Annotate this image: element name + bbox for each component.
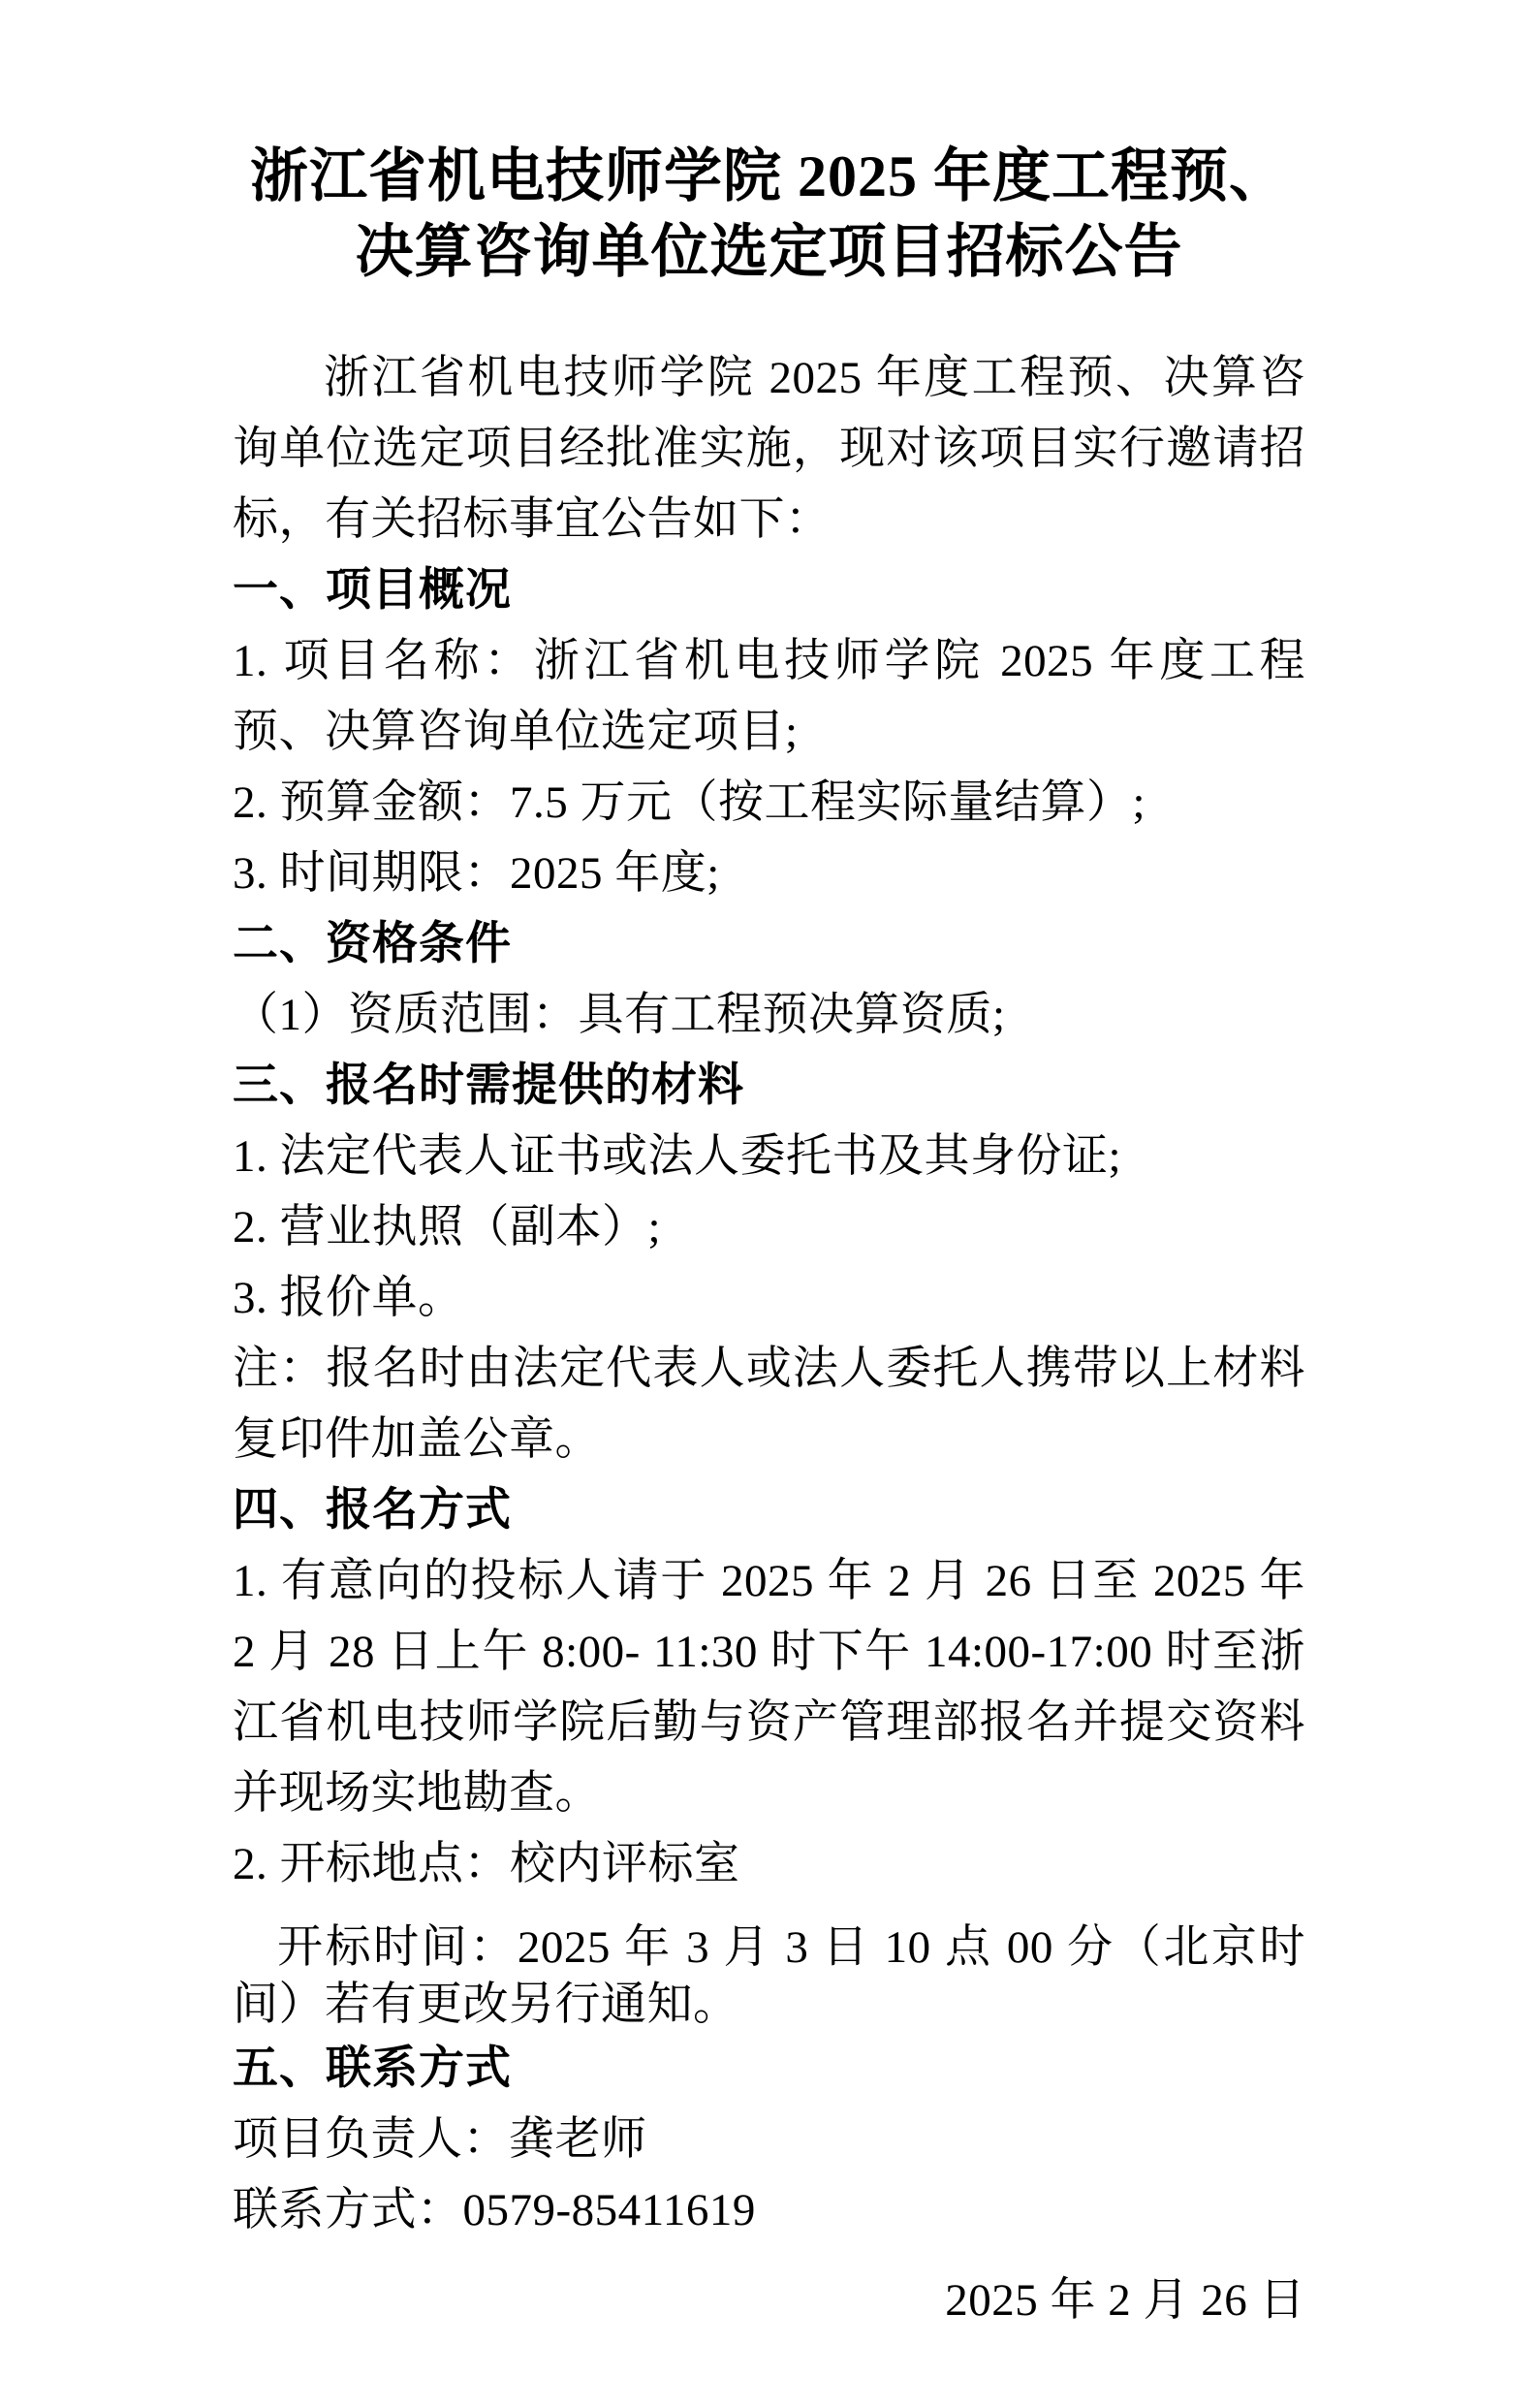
paragraph-contact-phone: 联系方式：0579-85411619 bbox=[233, 2175, 1305, 2246]
paragraph: 3. 报价单。 bbox=[233, 1263, 1305, 1334]
paragraph: 2. 营业执照（副本）; bbox=[233, 1192, 1305, 1263]
section-heading: 一、项目概况 bbox=[233, 555, 1305, 626]
paragraph-contact-person: 项目负责人：龚老师 bbox=[233, 2105, 1305, 2175]
section-project-overview: 一、项目概况 1. 项目名称：浙江省机电技师学院 2025 年度工程预、决算咨询… bbox=[233, 555, 1305, 909]
paragraph: 2. 预算金额：7.5 万元（按工程实际量结算）; bbox=[233, 768, 1305, 839]
section-contact: 五、联系方式 项目负责人：龚老师 联系方式：0579-85411619 bbox=[233, 2034, 1305, 2246]
document-title: 浙江省机电技师学院 2025 年度工程预、决算咨询单位选定项目招标公告 bbox=[233, 139, 1305, 290]
signature-date: 2025 年 2 月 26 日 bbox=[233, 2265, 1305, 2336]
section-heading: 二、资格条件 bbox=[233, 909, 1305, 980]
paragraph: 1. 项目名称：浙江省机电技师学院 2025 年度工程预、决算咨询单位选定项目; bbox=[233, 626, 1305, 768]
paragraph: 1. 法定代表人证书或法人委托书及其身份证; bbox=[233, 1122, 1305, 1192]
paragraph: 注：报名时由法定代表人或法人委托人携带以上材料复印件加盖公章。 bbox=[233, 1334, 1305, 1475]
paragraph: 2. 开标地点：校内评标室 bbox=[233, 1829, 1305, 1900]
paragraph: 1. 有意向的投标人请于 2025 年 2 月 26 日至 2025 年 2 月… bbox=[233, 1546, 1305, 1829]
paragraph-bid-opening-time: 开标时间：2025 年 3 月 3 日 10 点 00 分（北京时间）若有更改另… bbox=[233, 1919, 1305, 2034]
section-application-materials: 三、报名时需提供的材料 1. 法定代表人证书或法人委托书及其身份证; 2. 营业… bbox=[233, 1051, 1305, 1475]
paragraph: （1）资质范围：具有工程预决算资质; bbox=[233, 980, 1305, 1051]
paragraph: 3. 时间期限：2025 年度; bbox=[233, 839, 1305, 909]
section-heading: 四、报名方式 bbox=[233, 1475, 1305, 1546]
section-heading: 五、联系方式 bbox=[233, 2034, 1305, 2105]
section-qualification: 二、资格条件 （1）资质范围：具有工程预决算资质; bbox=[233, 909, 1305, 1051]
intro-paragraph: 浙江省机电技师学院 2025 年度工程预、决算咨询单位选定项目经批准实施，现对该… bbox=[233, 343, 1305, 555]
section-registration-method: 四、报名方式 1. 有意向的投标人请于 2025 年 2 月 26 日至 202… bbox=[233, 1475, 1305, 2034]
section-heading: 三、报名时需提供的材料 bbox=[233, 1051, 1305, 1122]
announcement-page: 浙江省机电技师学院 2025 年度工程预、决算咨询单位选定项目招标公告 浙江省机… bbox=[0, 0, 1538, 2408]
